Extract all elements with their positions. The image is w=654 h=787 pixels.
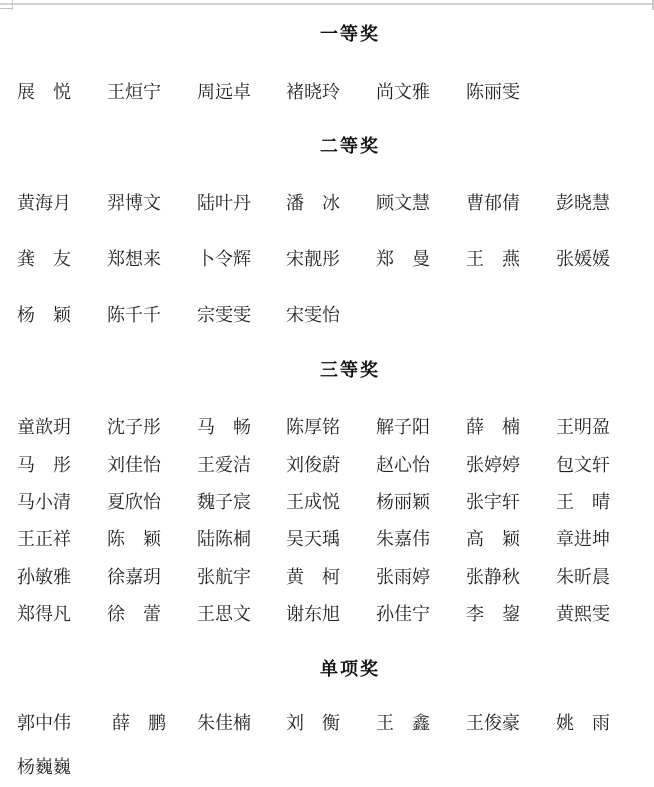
awardee-name: 杨巍巍 (17, 753, 71, 779)
awardee-name: 解子阳 (376, 413, 430, 439)
awardee-name: 郭中伟 (17, 709, 71, 735)
awardee-name: 李 鋆 (466, 600, 520, 626)
awardee-name: 褚晓玲 (286, 78, 340, 104)
awardee-name: 徐 蕾 (107, 600, 161, 626)
awardee-name: 王 鑫 (376, 709, 430, 735)
awardee-name: 黄 柯 (286, 563, 340, 589)
awardee-name: 王 燕 (466, 245, 520, 271)
awardee-name: 徐嘉玥 (107, 563, 161, 589)
awardee-name: 王成悦 (286, 488, 340, 514)
awardee-name: 张航宇 (197, 563, 251, 589)
awardee-name: 刘 衡 (286, 709, 340, 735)
awardee-name: 童歆玥 (17, 413, 71, 439)
awardee-name: 陆叶丹 (197, 189, 251, 215)
awardee-name: 潘 冰 (286, 189, 340, 215)
awardee-name: 张宇轩 (466, 488, 520, 514)
awardee-name: 谢东旭 (286, 600, 340, 626)
awardee-name: 顾文慧 (376, 189, 430, 215)
awardee-name: 魏子宸 (197, 488, 251, 514)
first-prize-heading: 一等奖 (0, 20, 654, 46)
awardee-name: 朱嘉伟 (376, 525, 430, 551)
awardee-name: 夏欣怡 (107, 488, 161, 514)
third-prize-heading: 三等奖 (0, 356, 654, 382)
page-top-border (0, 0, 654, 10)
awardee-name: 马 彤 (17, 451, 71, 477)
awardee-name: 陈 颖 (107, 525, 161, 551)
awardee-name: 张雨婷 (376, 563, 430, 589)
awardee-name: 姚 雨 (556, 709, 610, 735)
awardee-name: 张静秋 (466, 563, 520, 589)
awardee-name: 郑 曼 (376, 245, 430, 271)
special-award-heading: 单项奖 (0, 655, 654, 681)
awardee-name: 宗雯雯 (197, 301, 251, 327)
awardee-name: 陈厚铭 (286, 413, 340, 439)
awardee-name: 宋靓彤 (286, 245, 340, 271)
awardee-name: 王 晴 (556, 488, 610, 514)
awardee-name: 孙佳宁 (376, 600, 430, 626)
awardee-name: 王俊豪 (466, 709, 520, 735)
awardee-name: 薛 楠 (466, 413, 520, 439)
awardee-name: 宋雯怡 (286, 301, 340, 327)
awardee-name: 黄熙雯 (556, 600, 610, 626)
awardee-name: 章进坤 (556, 525, 610, 551)
awardee-name: 张婷婷 (466, 451, 520, 477)
awardee-name: 陆陈桐 (197, 525, 251, 551)
awardee-name: 王明盈 (556, 413, 610, 439)
second-prize-heading: 二等奖 (0, 132, 654, 158)
awardee-name: 孙敏雅 (17, 563, 71, 589)
awardee-name: 展 悦 (17, 78, 71, 104)
awardee-name: 曹郁倩 (466, 189, 520, 215)
awardee-name: 王烜宁 (107, 78, 161, 104)
awardee-name: 王正祥 (17, 525, 71, 551)
awardee-name: 赵心怡 (376, 451, 430, 477)
awardee-name: 朱昕晨 (556, 563, 610, 589)
awardee-name: 郑想来 (107, 245, 161, 271)
awardee-name: 马 畅 (197, 413, 251, 439)
awardee-name: 张媛媛 (556, 245, 610, 271)
awardee-name: 郑得凡 (17, 600, 71, 626)
awardee-name: 沈子彤 (107, 413, 161, 439)
awardee-name: 高 颖 (466, 525, 520, 551)
awardee-name: 羿博文 (107, 189, 161, 215)
awardee-name: 吴天瑀 (286, 525, 340, 551)
awardee-name: 陈千千 (107, 301, 161, 327)
awardee-name: 尚文雅 (376, 78, 430, 104)
awardee-name: 王爱洁 (197, 451, 251, 477)
awardee-name: 王思文 (197, 600, 251, 626)
awardee-name: 杨 颖 (17, 301, 71, 327)
awardee-name: 卜令辉 (197, 245, 251, 271)
awardee-name: 周远卓 (197, 78, 251, 104)
awardee-name: 薛 鹏 (112, 709, 166, 735)
awardee-name: 刘俊蔚 (286, 451, 340, 477)
margin-corner-mark-left-vertical (12, 0, 13, 10)
page-margin-line (0, 3, 654, 5)
awardee-name: 龚 友 (17, 245, 71, 271)
awardee-name: 马小清 (17, 488, 71, 514)
awardee-name: 刘佳怡 (107, 451, 161, 477)
awardee-name: 彭晓慧 (556, 189, 610, 215)
awardee-name: 包文轩 (556, 451, 610, 477)
awardee-name: 朱佳楠 (197, 709, 251, 735)
awardee-name: 杨丽颖 (376, 488, 430, 514)
awardee-name: 黄海月 (17, 189, 71, 215)
awardee-name: 陈丽雯 (466, 78, 520, 104)
